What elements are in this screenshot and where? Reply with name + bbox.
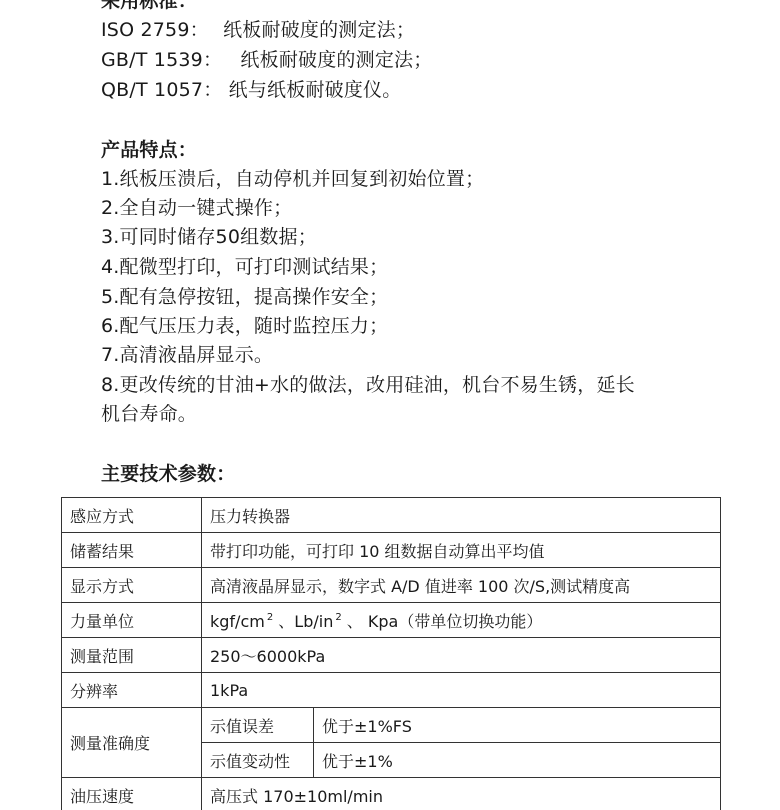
table-row: 测量准确度 示值误差 优于±1%FS <box>62 708 721 743</box>
table-row: 力量单位 kgf/cm2 、Lb/in2 、 Kpa（带单位切换功能） <box>62 603 721 638</box>
spec-key: 储蓄结果 <box>62 533 202 568</box>
feature-item: 5.配有急停按钮，提高操作安全； <box>101 283 388 312</box>
spec-value: 优于±1% <box>314 743 721 778</box>
spec-value: 250～6000kPa <box>202 638 721 673</box>
standard-code: GB/T 1539： <box>101 49 222 71</box>
feature-item: 机台寿命。 <box>101 400 197 429</box>
standard-item: QB/T 1057： 纸与纸板耐破度仪。 <box>101 76 401 105</box>
standard-item: GB/T 1539： 纸板耐破度的测定法； <box>101 46 432 75</box>
spec-value: 优于±1%FS <box>314 708 721 743</box>
spec-value: 高压式 170±10ml/min <box>202 778 721 810</box>
standards-heading: 采用标准： <box>101 0 197 16</box>
feature-item: 6.配气压压力表，随时监控压力； <box>101 312 388 341</box>
table-row: 油压速度 高压式 170±10ml/min <box>62 778 721 810</box>
spec-value: 带打印功能，可打印 10 组数据自动算出平均值 <box>202 533 721 568</box>
feature-item: 8.更改传统的甘油+水的做法，改用硅油，机台不易生锈，延长 <box>101 371 635 400</box>
standard-item: ISO 2759： 纸板耐破度的测定法； <box>101 16 415 45</box>
feature-item: 3.可同时储存50组数据； <box>101 223 317 252</box>
spec-subkey: 示值变动性 <box>202 743 314 778</box>
specs-table: 感应方式 压力转换器 储蓄结果 带打印功能，可打印 10 组数据自动算出平均值 … <box>61 497 721 810</box>
spec-key: 分辨率 <box>62 673 202 708</box>
feature-item: 1.纸板压溃后，自动停机并回复到初始位置； <box>101 165 484 194</box>
table-row: 显示方式 高清液晶屏显示，数字式 A/D 值进率 100 次/S,测试精度高 <box>62 568 721 603</box>
spec-key: 油压速度 <box>62 778 202 810</box>
spec-value: 1kPa <box>202 673 721 708</box>
feature-item: 4.配微型打印，可打印测试结果； <box>101 253 388 282</box>
table-row: 分辨率 1kPa <box>62 673 721 708</box>
table-row: 测量范围 250～6000kPa <box>62 638 721 673</box>
feature-item: 7.高清液晶屏显示。 <box>101 341 273 370</box>
unit-text: 、 Kpa（带单位切换功能） <box>342 612 543 631</box>
spec-subkey: 示值误差 <box>202 708 314 743</box>
table-row: 储蓄结果 带打印功能，可打印 10 组数据自动算出平均值 <box>62 533 721 568</box>
spec-value: kgf/cm2 、Lb/in2 、 Kpa（带单位切换功能） <box>202 603 721 638</box>
standard-desc: 纸板耐破度的测定法； <box>240 49 432 71</box>
standard-code: QB/T 1057： <box>101 79 222 101</box>
spec-key: 测量准确度 <box>62 708 202 778</box>
features-heading: 产品特点： <box>101 136 197 165</box>
spec-key: 力量单位 <box>62 603 202 638</box>
table-row: 感应方式 压力转换器 <box>62 498 721 533</box>
standard-desc: 纸与纸板耐破度仪。 <box>229 79 402 101</box>
spec-value: 高清液晶屏显示，数字式 A/D 值进率 100 次/S,测试精度高 <box>202 568 721 603</box>
standard-desc: 纸板耐破度的测定法； <box>223 19 415 41</box>
spec-value: 压力转换器 <box>202 498 721 533</box>
unit-text: kgf/cm <box>210 612 265 631</box>
specs-heading: 主要技术参数： <box>101 460 235 489</box>
standard-code: ISO 2759： <box>101 19 209 41</box>
spec-key: 测量范围 <box>62 638 202 673</box>
unit-text: 、Lb/in <box>273 612 333 631</box>
feature-item: 2.全自动一键式操作； <box>101 194 292 223</box>
spec-key: 显示方式 <box>62 568 202 603</box>
spec-key: 感应方式 <box>62 498 202 533</box>
